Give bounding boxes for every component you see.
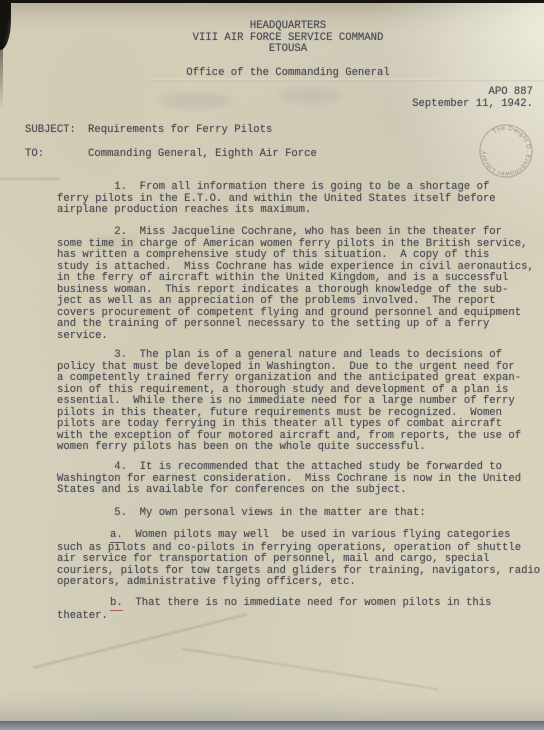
ink-smudge	[280, 88, 340, 104]
subparagraph-a-text: Women pilots may well be used in various…	[57, 529, 540, 588]
library-stamp: The Dwight D. Eisenhower Library	[472, 117, 540, 185]
apo-date-block: APO 887September 11, 1942.	[412, 87, 533, 110]
subparagraph-b: b. That there is no immediate need for w…	[57, 598, 544, 622]
paragraph-1: 1. From all information there is going t…	[57, 182, 544, 217]
subject-label: SUBJECT:	[25, 125, 76, 137]
letterhead-headquarters: HEADQUARTERS	[32, 21, 544, 33]
date-line: September 11, 1942.	[412, 99, 533, 111]
subparagraph-a: a. Women pilots may well be used in vari…	[57, 530, 544, 589]
office-line: Office of the Commanding General	[32, 68, 544, 80]
stamp-text: The Dwight D. Eisenhower Library	[472, 117, 540, 185]
scan-edge-shadow	[0, 40, 3, 110]
paragraph-5: 5. My own personal views in the matter a…	[57, 508, 544, 520]
scanned-memo-page: HEADQUARTERSVIII AIR FORCE SERVICE COMMA…	[0, 0, 544, 730]
to-label: TO:	[25, 149, 44, 161]
to-value: Commanding General, Eighth Air Force	[88, 149, 317, 161]
letterhead-etousa: ETOUSA	[32, 44, 544, 56]
ink-smudge	[160, 92, 230, 110]
letterhead: HEADQUARTERSVIII AIR FORCE SERVICE COMMA…	[32, 21, 544, 56]
svg-text:The Dwight D. Eisenhower Libra: The Dwight D. Eisenhower Library	[472, 117, 540, 185]
scanner-bed-strip	[0, 721, 544, 730]
paragraph-3: 3. The plan is of a general nature and l…	[57, 350, 544, 454]
apo-number: APO 887	[412, 87, 533, 99]
subparagraph-b-label: b.	[110, 598, 123, 611]
paragraph-2: 2. Miss Jacqueline Cochrane, who has bee…	[57, 227, 544, 342]
paragraph-4: 4. It is recommended that the attached s…	[57, 462, 544, 497]
subject-value: Requirements for Ferry Pilots	[88, 125, 272, 137]
